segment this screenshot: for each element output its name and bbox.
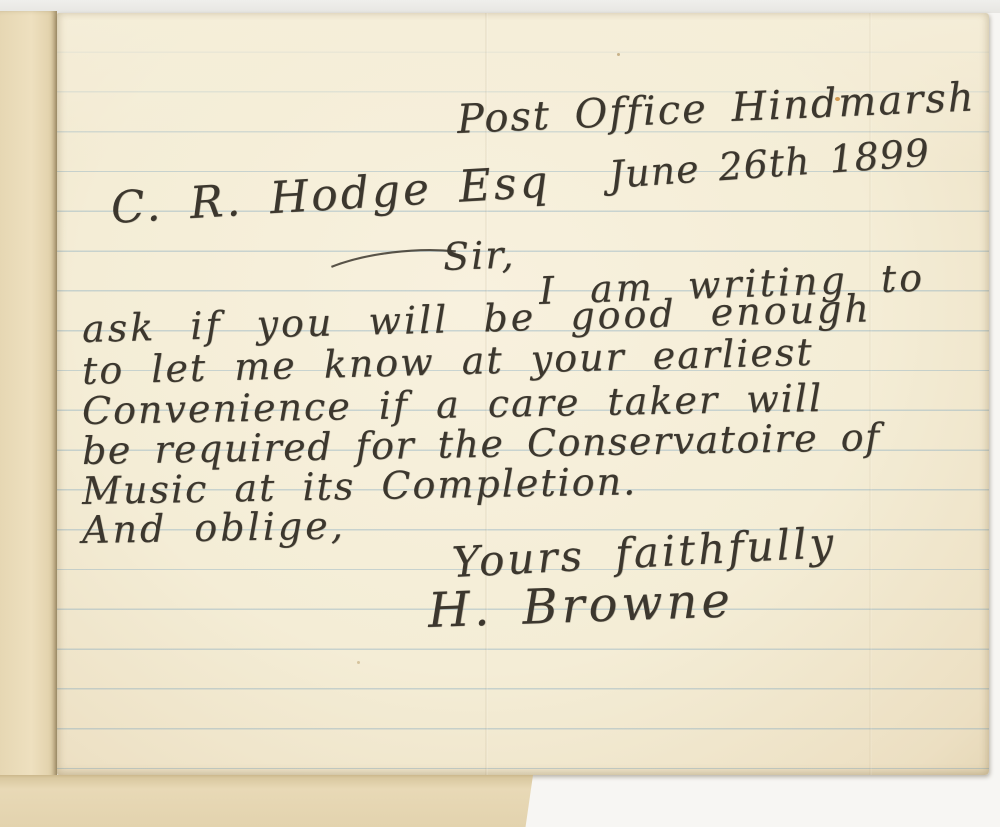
folded-page-bottom-flap: [0, 775, 533, 827]
salutation-flourish-line: [328, 238, 459, 273]
letter-signature: H. Browne: [427, 572, 735, 639]
vertical-crease: [869, 13, 872, 775]
scanned-letter: Post Office Hindmarsh June 26th 1899 C. …: [0, 0, 1000, 827]
letter-salutation: Sir,: [442, 232, 516, 278]
letter-body-line: And oblige,: [82, 503, 346, 552]
letter-date-line: June 26th 1899: [607, 131, 931, 197]
paper-speck: [617, 53, 620, 56]
letter-body-line: Music at its Completion.: [82, 459, 638, 513]
paper-speck: [357, 661, 360, 664]
paper-speck: [835, 97, 840, 101]
folded-page-left-edge: [0, 11, 57, 827]
letter-page: Post Office Hindmarsh June 26th 1899 C. …: [57, 13, 989, 775]
scanner-edge-strip: [0, 0, 1000, 13]
